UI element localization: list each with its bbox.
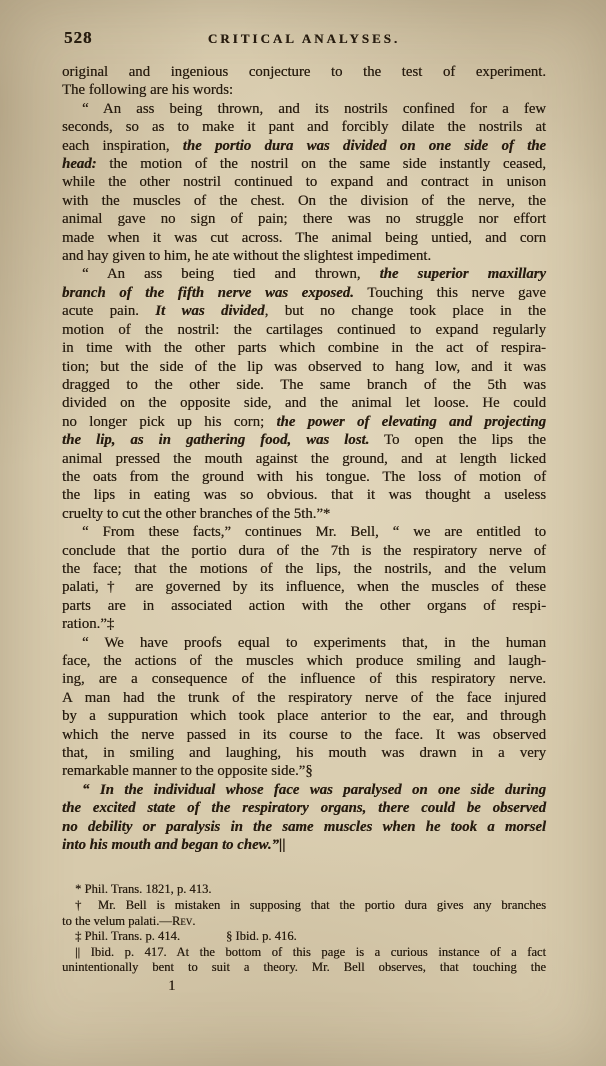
- text-line: the lips in eating was so obvious. that …: [62, 486, 546, 504]
- page-number: 528: [64, 28, 93, 48]
- text-run: the excited state of the respiratory org…: [62, 800, 546, 816]
- text-line: while the other nostril continued to exp…: [62, 173, 546, 191]
- paragraph: “ From these facts,” continues Mr. Bell,…: [62, 523, 546, 633]
- text-run: head:: [62, 156, 97, 172]
- text-run: the power of elevating and projecting: [276, 414, 546, 430]
- text-run: in time with the other parts which combi…: [62, 340, 546, 356]
- footnotes: * Phil. Trans. 1821, p. 413.† Mr. Bell i…: [62, 882, 546, 976]
- text-line: no longer pick up his corn; the power of…: [62, 413, 546, 431]
- text-line: the face; that the motions of the lips, …: [62, 560, 546, 578]
- text-line: into his mouth and began to chew.”||: [62, 836, 546, 854]
- text-line: remarkable manner to the opposite side.”…: [62, 762, 546, 780]
- text-run: The following are his words:: [62, 82, 233, 98]
- text-run: § Ibid. p. 416.: [226, 929, 297, 943]
- text-line: with the muscles of the chest. On the di…: [62, 192, 546, 210]
- text-run: each inspiration,: [62, 138, 183, 154]
- text-run: “ From these facts,” continues Mr. Bell,…: [82, 524, 546, 540]
- text-run: acute pain.: [62, 303, 155, 319]
- text-line: no debility or paralysis in the same mus…: [62, 818, 546, 836]
- footnote-line: † Mr. Bell is mistaken in supposing that…: [62, 898, 546, 914]
- text-line: A man had the trunk of the respiratory n…: [62, 689, 546, 707]
- text-run: animal pressed the mouth against the gro…: [62, 451, 546, 467]
- paragraph: “ In the individual whose face was paral…: [62, 781, 546, 855]
- text-line: the oats from the ground with his tongue…: [62, 468, 546, 486]
- text-run: unintentionally bent to suit a theory. M…: [62, 960, 546, 974]
- text-line: “ In the individual whose face was paral…: [62, 781, 546, 799]
- text-run: the lips in eating was so obvious. that …: [62, 487, 546, 503]
- text-run: the superior maxillary: [380, 266, 546, 282]
- text-run: original and ingenious conjecture to the…: [62, 64, 546, 80]
- text-run: the motion of the nostril on the same si…: [97, 156, 546, 172]
- paragraph: “ We have proofs equal to experiments th…: [62, 634, 546, 781]
- text-line: that, in smiling and laughing, his mouth…: [62, 744, 546, 762]
- text-line: palati,† are governed by its influence, …: [62, 578, 546, 596]
- text-line: parts are in associated action with the …: [62, 597, 546, 615]
- text-line: ration.”‡: [62, 615, 546, 633]
- text-run: palati,† are governed by its influence, …: [62, 579, 546, 595]
- text-run: face, the actions of the muscles which p…: [62, 653, 546, 669]
- text-line: dragged to the other side. The same bran…: [62, 376, 546, 394]
- text-run: with the muscles of the chest. On the di…: [62, 193, 546, 209]
- text-line: each inspiration, the portio dura was di…: [62, 137, 546, 155]
- running-title: CRITICAL ANALYSES.: [62, 28, 546, 47]
- text-line: seconds, so as to make it pant and forci…: [62, 118, 546, 136]
- text-line: the lip, as in gathering food, was lost.…: [62, 431, 546, 449]
- text-line: branch of the fifth nerve was exposed. T…: [62, 284, 546, 302]
- text-run: To open the lips the: [369, 432, 546, 448]
- text-run: tion; but the side of the lip was observ…: [62, 359, 546, 375]
- text-line: head: the motion of the nostril on the s…: [62, 155, 546, 173]
- signature-mark: 1: [62, 978, 546, 995]
- text-line: cruelty to cut the other branches of the…: [62, 505, 546, 523]
- text-line: motion of the nostril: the cartilages co…: [62, 321, 546, 339]
- text-run: † Mr. Bell is mistaken in supposing that…: [75, 898, 546, 912]
- text-run: cruelty to cut the other branches of the…: [62, 506, 330, 522]
- page-header: 528 CRITICAL ANALYSES.: [62, 28, 546, 50]
- text-run: || Ibid. p. 417. At the bottom of this p…: [75, 945, 546, 959]
- text-line: “ We have proofs equal to experiments th…: [62, 634, 546, 652]
- text-line: in time with the other parts which combi…: [62, 339, 546, 357]
- text-line: face, the actions of the muscles which p…: [62, 652, 546, 670]
- text-run: Rev.: [172, 914, 196, 928]
- text-run: no longer pick up his corn;: [62, 414, 276, 430]
- text-run: branch of the fifth nerve was exposed.: [62, 285, 354, 301]
- text-run: divided on the opposite side, and the an…: [62, 395, 546, 411]
- text-run: no debility or paralysis in the same mus…: [62, 819, 546, 835]
- text-run: ‡ Phil. Trans. p. 414.: [75, 929, 180, 943]
- text-run: remarkable manner to the opposite side.”…: [62, 763, 313, 779]
- text-run: motion of the nostril: the cartilages co…: [62, 322, 546, 338]
- text-run: A man had the trunk of the respiratory n…: [62, 690, 546, 706]
- body-text: original and ingenious conjecture to the…: [62, 63, 546, 854]
- footnote-line: || Ibid. p. 417. At the bottom of this p…: [62, 945, 546, 961]
- text-line: acute pain. It was divided, but no chang…: [62, 302, 546, 320]
- text-line: tion; but the side of the lip was observ…: [62, 358, 546, 376]
- text-run: the lip, as in gathering food, was lost.: [62, 432, 369, 448]
- text-run: the face; that the motions of the lips, …: [62, 561, 546, 577]
- book-page: 528 CRITICAL ANALYSES. original and inge…: [0, 0, 606, 1066]
- paragraph: “ An ass being thrown, and its nostrils …: [62, 100, 546, 266]
- text-line: made when it was cut across. The animal …: [62, 229, 546, 247]
- text-run: Touching this nerve gave: [354, 285, 546, 301]
- text-line: by a suppuration which took place anteri…: [62, 707, 546, 725]
- text-line: “ An ass being thrown, and its nostrils …: [62, 100, 546, 118]
- text-line: divided on the opposite side, and the an…: [62, 394, 546, 412]
- text-run: which the nerve passed in its course to …: [62, 727, 546, 743]
- text-line: “ From these facts,” continues Mr. Bell,…: [62, 523, 546, 541]
- text-line: animal pressed the mouth against the gro…: [62, 450, 546, 468]
- text-line: animal gave no sign of pain; there was n…: [62, 210, 546, 228]
- text-run: the portio dura was divided on one side …: [183, 138, 546, 154]
- text-run: parts are in associated action with the …: [62, 598, 546, 614]
- text-run: “ An ass being tied and thrown,: [82, 266, 380, 282]
- text-run: while the other nostril continued to exp…: [62, 174, 546, 190]
- text-run: “ In the individual whose face was paral…: [82, 782, 546, 798]
- text-run: * Phil. Trans. 1821, p. 413.: [75, 882, 211, 896]
- text-line: original and ingenious conjecture to the…: [62, 63, 546, 81]
- text-run: ration.”‡: [62, 616, 114, 632]
- footnote-line: ‡ Phil. Trans. p. 414.§ Ibid. p. 416.: [62, 929, 546, 945]
- text-line: the excited state of the respiratory org…: [62, 799, 546, 817]
- text-line: conclude that the portio dura of the 7th…: [62, 542, 546, 560]
- text-run: to the velum palati.—: [62, 914, 172, 928]
- page-content: 528 CRITICAL ANALYSES. original and inge…: [62, 28, 546, 995]
- text-line: which the nerve passed in its course to …: [62, 726, 546, 744]
- text-run: seconds, so as to make it pant and forci…: [62, 119, 546, 135]
- text-line: ing, are a consequence of the influence …: [62, 670, 546, 688]
- text-line: and hay given to him, he ate without the…: [62, 247, 546, 265]
- text-run: , but no change took place in the: [265, 303, 546, 319]
- text-run: ing, are a consequence of the influence …: [62, 671, 546, 687]
- text-line: The following are his words:: [62, 81, 546, 99]
- footnote-line: * Phil. Trans. 1821, p. 413.: [62, 882, 546, 898]
- text-run: and hay given to him, he ate without the…: [62, 248, 431, 264]
- text-run: into his mouth and began to chew.”||: [62, 837, 285, 853]
- footnote-line: to the velum palati.—Rev.: [62, 914, 546, 930]
- text-run: made when it was cut across. The animal …: [62, 230, 546, 246]
- paragraph: “ An ass being tied and thrown, the supe…: [62, 265, 546, 523]
- text-run: It was divided: [155, 303, 264, 319]
- footnote-line: unintentionally bent to suit a theory. M…: [62, 960, 546, 976]
- text-run: dragged to the other side. The same bran…: [62, 377, 546, 393]
- text-run: “ We have proofs equal to experiments th…: [82, 635, 546, 651]
- text-run: by a suppuration which took place anteri…: [62, 708, 546, 724]
- text-run: that, in smiling and laughing, his mouth…: [62, 745, 546, 761]
- text-run: “ An ass being thrown, and its nostrils …: [82, 101, 546, 117]
- text-run: conclude that the portio dura of the 7th…: [62, 543, 546, 559]
- text-line: “ An ass being tied and thrown, the supe…: [62, 265, 546, 283]
- text-run: animal gave no sign of pain; there was n…: [62, 211, 546, 227]
- text-run: the oats from the ground with his tongue…: [62, 469, 546, 485]
- paragraph: original and ingenious conjecture to the…: [62, 63, 546, 100]
